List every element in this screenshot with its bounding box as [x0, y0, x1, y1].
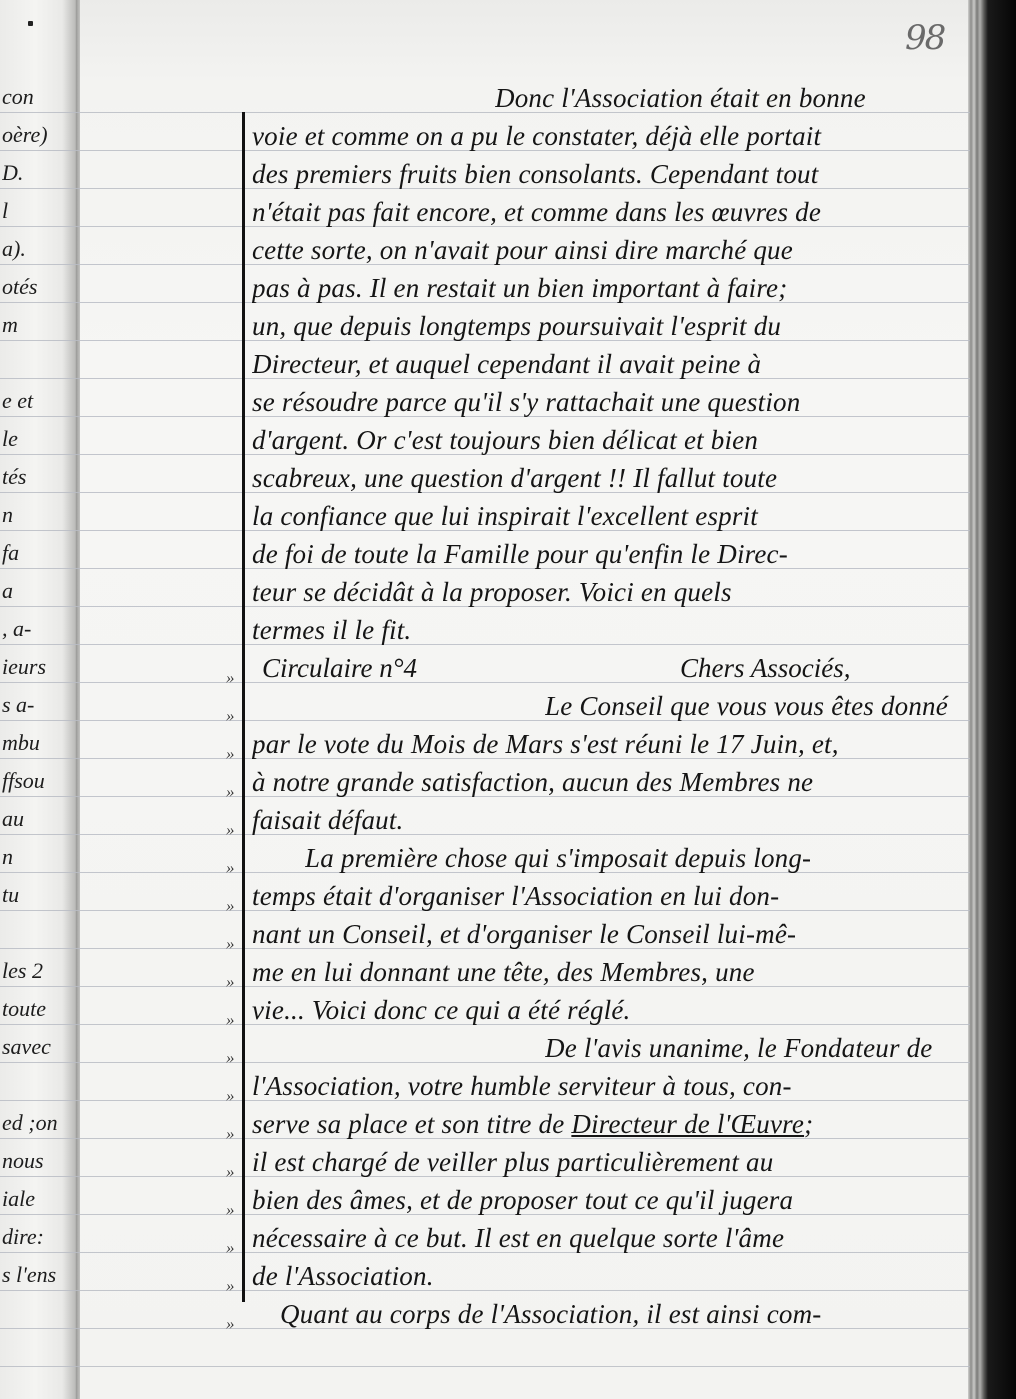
previous-page-fragment: con — [2, 84, 74, 110]
ditto-quote-mark: » — [226, 972, 240, 992]
previous-page-fragment: tu — [2, 882, 74, 908]
text-line: cette sorte, on n'avait pour ainsi dire … — [252, 235, 964, 265]
text-line: De l'avis unanime, le Fondateur de — [545, 1033, 965, 1063]
underlined-title: Directeur de l'Œuvre — [571, 1109, 804, 1139]
text-segment: serve sa place et son titre de — [252, 1109, 564, 1139]
ditto-quote-mark: » — [226, 744, 240, 764]
ditto-quote-mark: » — [226, 858, 240, 878]
ditto-quote-mark: » — [226, 1162, 240, 1182]
text-line: serve sa place et son titre de Directeur… — [252, 1109, 964, 1139]
text-line: temps était d'organiser l'Association en… — [252, 881, 964, 911]
scanned-document: 98 conoère)D.la).otésme etletésnfaa, a-i… — [0, 0, 1016, 1399]
previous-page-fragment: l — [2, 198, 74, 224]
previous-page-fragment: fa — [2, 540, 74, 566]
text-line: de foi de toute la Famille pour qu'enfin… — [252, 539, 964, 569]
ditto-quote-mark: » — [226, 1276, 240, 1296]
text-line: vie... Voici donc ce qui a été réglé. — [252, 995, 964, 1025]
ink-dot — [28, 21, 33, 26]
previous-page-fragment: e et — [2, 388, 74, 414]
ditto-quote-mark: » — [226, 1010, 240, 1030]
text-line: un, que depuis longtemps poursuivait l'e… — [252, 311, 964, 341]
previous-page-fragment: ffsou — [2, 768, 74, 794]
previous-page-fragment: m — [2, 312, 74, 338]
text-line: Le Conseil que vous vous êtes donné — [545, 691, 965, 721]
text-line: nant un Conseil, et d'organiser le Conse… — [252, 919, 964, 949]
text-line: se résoudre parce qu'il s'y rattachait u… — [252, 387, 964, 417]
previous-page-fragment: ieurs — [2, 654, 74, 680]
previous-page-fragment: ed ;on — [2, 1110, 74, 1136]
ditto-quote-mark: » — [226, 1238, 240, 1258]
text-line: pas à pas. Il en restait un bien importa… — [252, 273, 964, 303]
text-line: me en lui donnant une tête, des Membres,… — [252, 957, 964, 987]
ditto-quote-mark: » — [226, 1048, 240, 1068]
page-number: 98 — [905, 18, 944, 58]
text-line: bien des âmes, et de proposer tout ce qu… — [252, 1185, 964, 1215]
previous-page-fragment: tés — [2, 464, 74, 490]
text-line: teur se décidât à la proposer. Voici en … — [252, 577, 964, 607]
ditto-quote-mark: » — [226, 706, 240, 726]
ditto-quote-mark: » — [226, 668, 240, 688]
ditto-quote-mark: » — [226, 934, 240, 954]
previous-page-fragment: a). — [2, 236, 74, 262]
ditto-quote-mark: » — [226, 1200, 240, 1220]
margin-rule — [242, 112, 245, 1302]
previous-page-fragment: s l'ens — [2, 1262, 74, 1288]
previous-page-fragment: oère) — [2, 122, 74, 148]
text-line: il est chargé de veiller plus particuliè… — [252, 1147, 964, 1177]
text-line: termes il le fit. — [252, 615, 964, 645]
previous-page-fragment: dire: — [2, 1224, 74, 1250]
text-line: La première chose qui s'imposait depuis … — [305, 843, 965, 873]
previous-page-fragment: le — [2, 426, 74, 452]
text-line: n'était pas fait encore, et comme dans l… — [252, 197, 964, 227]
text-line: par le vote du Mois de Mars s'est réuni … — [252, 729, 964, 759]
ditto-quote-mark: » — [226, 1124, 240, 1144]
book-page-edge — [968, 0, 1016, 1399]
text-segment: ; — [804, 1109, 813, 1139]
text-line: Quant au corps de l'Association, il est … — [280, 1299, 965, 1329]
text-line: scabreux, une question d'argent !! Il fa… — [252, 463, 964, 493]
text-line: l'Association, votre humble serviteur à … — [252, 1071, 964, 1101]
previous-page-fragment: n — [2, 502, 74, 528]
ditto-quote-mark: » — [226, 782, 240, 802]
previous-page-fragment: toute — [2, 996, 74, 1022]
text-line: des premiers fruits bien consolants. Cep… — [252, 159, 964, 189]
text-line: Directeur, et auquel cependant il avait … — [252, 349, 964, 379]
text-line: nécessaire à ce but. Il est en quelque s… — [252, 1223, 964, 1253]
text-line: à notre grande satisfaction, aucun des M… — [252, 767, 964, 797]
previous-page-fragment: savec — [2, 1034, 74, 1060]
circular-title: Circulaire n°4 — [262, 653, 417, 683]
previous-page-fragment: iale — [2, 1186, 74, 1212]
previous-page-fragment: otés — [2, 274, 74, 300]
text-line: la confiance que lui inspirait l'excelle… — [252, 501, 964, 531]
text-line: voie et comme on a pu le constater, déjà… — [252, 121, 964, 151]
previous-page-fragment: nous — [2, 1148, 74, 1174]
ditto-quote-mark: » — [226, 820, 240, 840]
previous-page-fragment: n — [2, 844, 74, 870]
previous-page-fragment: a — [2, 578, 74, 604]
previous-page-fragment: mbu — [2, 730, 74, 756]
ditto-quote-mark: » — [226, 896, 240, 916]
previous-page-fragment: s a- — [2, 692, 74, 718]
circular-salutation: Chers Associés, — [680, 653, 851, 683]
text-line: de l'Association. — [252, 1261, 964, 1291]
previous-page-fragment: les 2 — [2, 958, 74, 984]
ditto-quote-mark: » — [226, 1086, 240, 1106]
text-line: faisait défaut. — [252, 805, 964, 835]
previous-page-fragment: au — [2, 806, 74, 832]
previous-page-fragment: D. — [2, 160, 74, 186]
ditto-quote-mark: » — [226, 1314, 240, 1334]
text-line: Donc l'Association était en bonne — [495, 83, 965, 113]
previous-page-fragment: , a- — [2, 616, 74, 642]
text-line: d'argent. Or c'est toujours bien délicat… — [252, 425, 964, 455]
